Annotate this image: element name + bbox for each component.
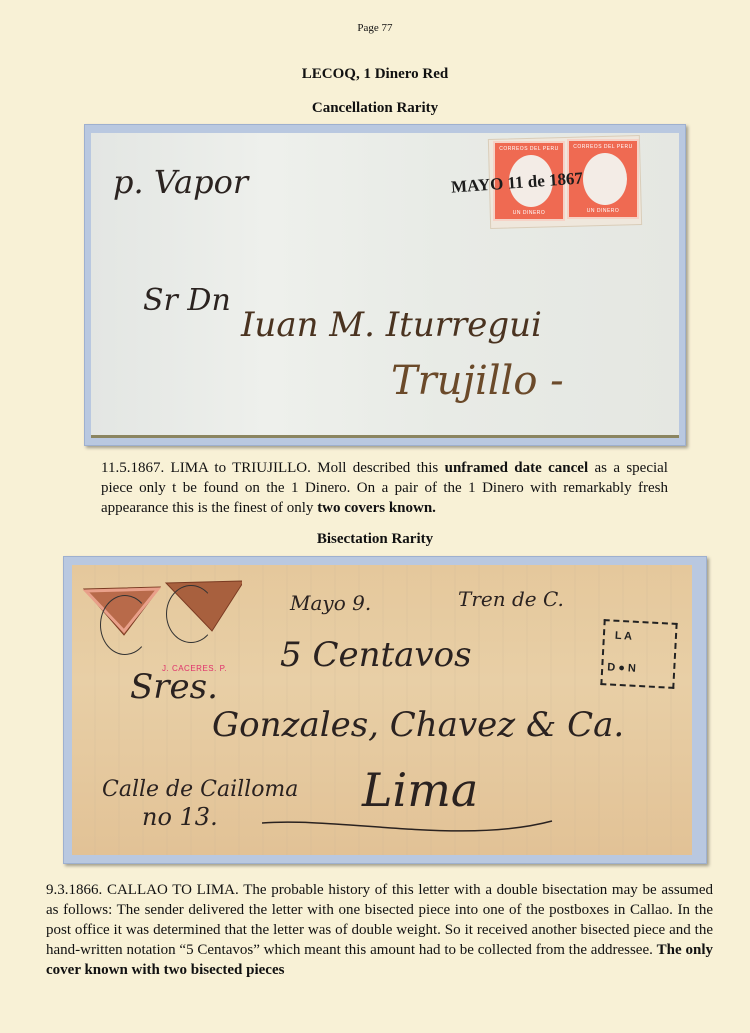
page-title: LECOQ, 1 Dinero Red <box>0 66 750 83</box>
page-number: Page 77 <box>0 22 750 34</box>
cover-mount-2: J. CACERES. P. Mayo 9. Tren de C. 5 Cent… <box>63 556 707 864</box>
charge-note: 5 Centavos <box>280 635 472 675</box>
bisected-stamps <box>72 569 242 639</box>
salutation-2: Sres. <box>130 667 218 707</box>
cover-1-image: p. Vapor Sr Dn Iuan M. Iturregui Trujill… <box>91 133 679 438</box>
circular-cancel-left <box>100 595 150 655</box>
section-heading-bisectation: Bisectation Rarity <box>0 531 750 548</box>
street-number: no 13. <box>142 803 218 831</box>
circular-cancel-right <box>166 585 216 643</box>
section-heading-cancellation: Cancellation Rarity <box>0 100 750 117</box>
destination-2: Lima <box>362 763 478 817</box>
caption-cover-1: 11.5.1867. LIMA to TRIUJILLO. Moll descr… <box>101 458 668 518</box>
salutation: Sr Dn <box>143 283 231 318</box>
addressee-2: Gonzales, Chavez & Ca. <box>212 705 624 745</box>
routing-note: p. Vapor <box>113 163 248 201</box>
cover-mount-1: p. Vapor Sr Dn Iuan M. Iturregui Trujill… <box>84 124 686 446</box>
date-note: Mayo 9. <box>290 591 371 615</box>
box-cancel: L A D ● N <box>600 619 677 689</box>
cover-2-image: J. CACERES. P. Mayo 9. Tren de C. 5 Cent… <box>72 565 692 855</box>
flourish-underline <box>262 815 562 845</box>
destination: Trujillo - <box>391 358 564 404</box>
street: Calle de Cailloma <box>102 777 298 802</box>
routing-note-2: Tren de C. <box>458 587 564 611</box>
caption-cover-2: 9.3.1866. CALLAO TO LIMA. The probable h… <box>46 880 713 980</box>
addressee: Iuan M. Iturregui <box>241 305 542 345</box>
